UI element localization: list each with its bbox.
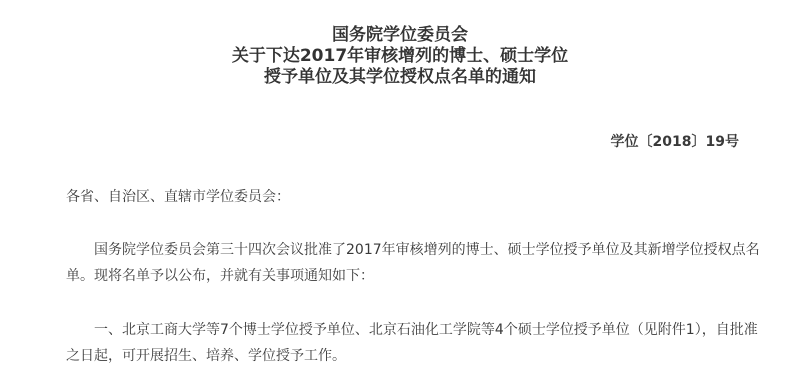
paragraph-item-1: 一、北京工商大学等7个博士学位授予单位、北京石油化工学院等4个硕士学位授予单位（… bbox=[66, 317, 756, 369]
salutation: 各省、自治区、直辖市学位委员会： bbox=[66, 184, 756, 210]
title-line-issuer: 国务院学位委员会 bbox=[0, 25, 800, 46]
paragraph-line: 国务院学位委员会第三十四次会议批准了2017年审核增列的博士、硕士学位授予单位及… bbox=[66, 237, 756, 263]
paragraph-line: 单。现将名单予以公布，并就有关事项通知如下： bbox=[66, 263, 756, 289]
document-number: 学位〔2018〕19号 bbox=[611, 133, 739, 151]
title-line-subject: 关于下达2017年审核增列的博士、硕士学位 bbox=[0, 46, 800, 67]
title-line-subject-cont: 授予单位及其学位授权点名单的通知 bbox=[0, 67, 800, 88]
paragraph-line: 之日起，可开展招生、培养、学位授予工作。 bbox=[66, 343, 756, 369]
paragraph-intro: 国务院学位委员会第三十四次会议批准了2017年审核增列的博士、硕士学位授予单位及… bbox=[66, 237, 756, 289]
paragraph-line: 一、北京工商大学等7个博士学位授予单位、北京石油化工学院等4个硕士学位授予单位（… bbox=[66, 317, 756, 343]
document-title: 国务院学位委员会 关于下达2017年审核增列的博士、硕士学位 授予单位及其学位授… bbox=[0, 25, 800, 88]
